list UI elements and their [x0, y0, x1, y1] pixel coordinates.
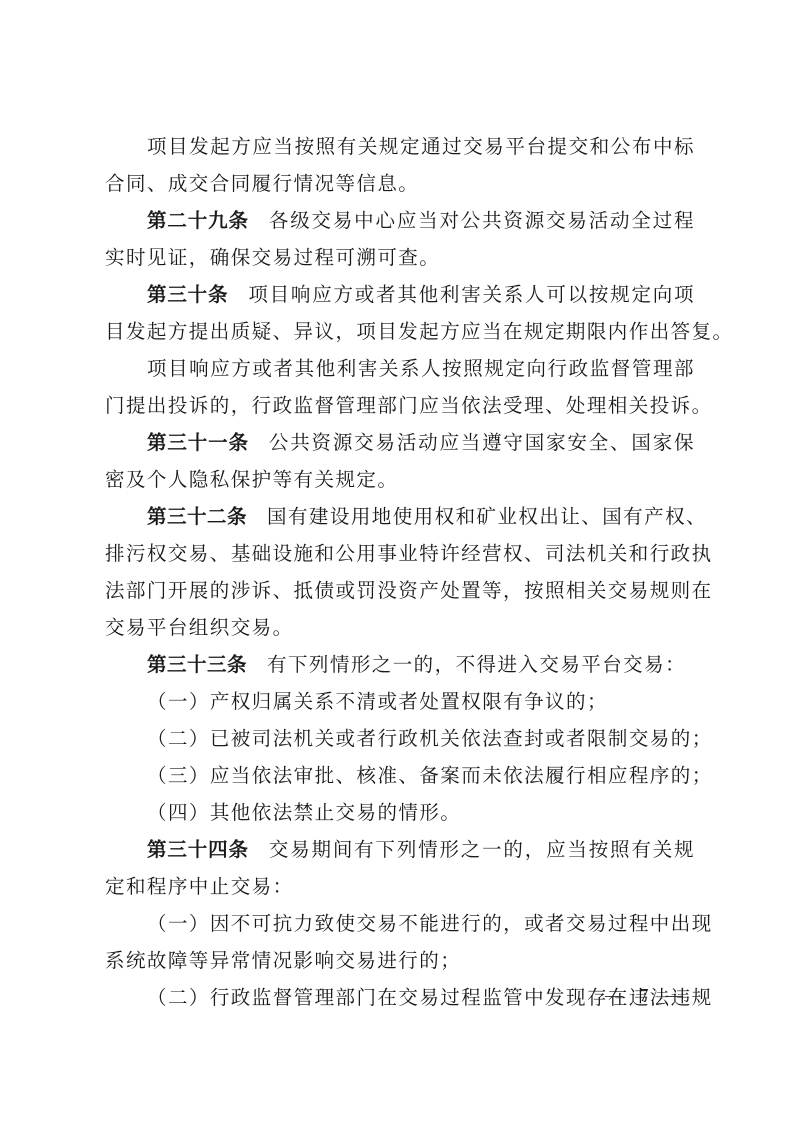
- page-number: — 7 —: [605, 985, 689, 1006]
- paragraph-line: 目发起方提出质疑、异议，项目发起方应当在规定期限内作出答复。: [105, 313, 695, 350]
- paragraph-line: 法部门开展的涉诉、抵债或罚没资产处置等，按照相关交易规则在: [105, 572, 695, 609]
- text-line: 国有建设用地使用权和矿业权出让、国有产权、: [267, 505, 707, 528]
- article-heading: 第三十四条: [147, 838, 249, 861]
- paragraph-line: 门提出投诉的，行政监督管理部门应当依法受理、处理相关投诉。: [105, 387, 695, 424]
- article-line: 第三十二条国有建设用地使用权和矿业权出让、国有产权、: [105, 498, 695, 535]
- text-line: 交易平台组织交易。: [105, 616, 294, 639]
- list-item: （一）产权归属关系不清或者处置权限有争议的；: [105, 683, 695, 720]
- document-page: 项目发起方应当按照有关规定通过交易平台提交和公布中标 合同、成交合同履行情况等信…: [105, 128, 695, 1016]
- article-heading: 第三十一条: [147, 431, 249, 454]
- article-heading: 第三十二条: [147, 505, 247, 528]
- text-line: 项目响应方或者其他利害关系人按照规定向行政监督管理部: [147, 357, 695, 380]
- text-line: 排污权交易、基础设施和公用事业特许经营权、司法机关和行政执: [105, 542, 713, 565]
- paragraph-line: 项目发起方应当按照有关规定通过交易平台提交和公布中标: [105, 128, 695, 165]
- article-line: 第三十一条公共资源交易活动应当遵守国家安全、国家保: [105, 424, 695, 461]
- text-line: 项目响应方或者其他利害关系人可以按规定向项: [248, 283, 695, 306]
- text-line: （二）已被司法机关或者行政机关依法查封或者限制交易的；: [147, 727, 713, 750]
- text-line: 定和程序中止交易：: [105, 875, 294, 898]
- text-line: （四）其他依法禁止交易的情形。: [147, 801, 461, 824]
- paragraph-line: 交易平台组织交易。: [105, 609, 695, 646]
- text-line: 目发起方提出质疑、异议，项目发起方应当在规定期限内作出答复。: [105, 320, 734, 343]
- text-line: （一）因不可抗力致使交易不能进行的，或者交易过程中出现: [147, 912, 713, 935]
- list-item: （二）已被司法机关或者行政机关依法查封或者限制交易的；: [105, 720, 695, 757]
- paragraph-line: 合同、成交合同履行情况等信息。: [105, 165, 695, 202]
- article-line: 第三十四条交易期间有下列情形之一的，应当按照有关规: [105, 831, 695, 868]
- text-line: 公共资源交易活动应当遵守国家安全、国家保: [269, 431, 695, 454]
- text-line: 有下列情形之一的，不得进入交易平台交易：: [267, 653, 686, 676]
- text-line: 法部门开展的涉诉、抵债或罚没资产处置等，按照相关交易规则在: [105, 579, 713, 602]
- paragraph-line: 系统故障等异常情况影响交易进行的；: [105, 942, 695, 979]
- text-line: （一）产权归属关系不清或者处置权限有争议的；: [147, 690, 608, 713]
- text-line: （三）应当依法审批、核准、备案而未依法履行相应程序的；: [147, 764, 713, 787]
- list-item: （一）因不可抗力致使交易不能进行的，或者交易过程中出现: [105, 905, 695, 942]
- text-line: 合同、成交合同履行情况等信息。: [105, 172, 419, 195]
- text-line: 项目发起方应当按照有关规定通过交易平台提交和公布中标: [147, 135, 695, 158]
- article-heading: 第二十九条: [147, 209, 249, 232]
- list-item: （四）其他依法禁止交易的情形。: [105, 794, 695, 831]
- article-heading: 第三十三条: [147, 653, 247, 676]
- article-line: 第三十条项目响应方或者其他利害关系人可以按规定向项: [105, 276, 695, 313]
- text-line: 实时见证，确保交易过程可溯可查。: [105, 246, 440, 269]
- paragraph-line: 定和程序中止交易：: [105, 868, 695, 905]
- article-line: 第二十九条各级交易中心应当对公共资源交易活动全过程: [105, 202, 695, 239]
- text-line: 门提出投诉的，行政监督管理部门应当依法受理、处理相关投诉。: [105, 394, 713, 417]
- paragraph-line: 排污权交易、基础设施和公用事业特许经营权、司法机关和行政执: [105, 535, 695, 572]
- text-line: 系统故障等异常情况影响交易进行的；: [105, 949, 461, 972]
- text-line: 交易期间有下列情形之一的，应当按照有关规: [269, 838, 695, 861]
- article-heading: 第三十条: [147, 283, 228, 306]
- list-item: （三）应当依法审批、核准、备案而未依法履行相应程序的；: [105, 757, 695, 794]
- text-line: 各级交易中心应当对公共资源交易活动全过程: [269, 209, 695, 232]
- text-line: 密及个人隐私保护等有关规定。: [105, 468, 398, 491]
- paragraph-line: 密及个人隐私保护等有关规定。: [105, 461, 695, 498]
- paragraph-line: 实时见证，确保交易过程可溯可查。: [105, 239, 695, 276]
- paragraph-line: 项目响应方或者其他利害关系人按照规定向行政监督管理部: [105, 350, 695, 387]
- article-line: 第三十三条有下列情形之一的，不得进入交易平台交易：: [105, 646, 695, 683]
